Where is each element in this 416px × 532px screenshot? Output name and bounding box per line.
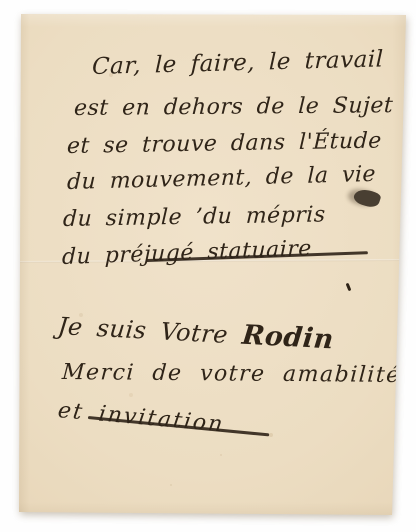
stray-ink-mark (346, 283, 352, 292)
handwriting-line-2: est en dehors de le Sujet (74, 95, 394, 120)
line-4-text: du mouvement, de la vie (67, 162, 377, 195)
handwriting-line-4: du mouvement, de la vie (67, 164, 377, 194)
closing-line: Je suis Votre Rodin (57, 312, 336, 353)
paper-shadow: Car, le faire, le travail est en dehors … (18, 12, 408, 517)
ink-blot (352, 186, 382, 209)
line-2-text: est en dehors de le Sujet (73, 93, 393, 121)
thanks-text: Merci de votre amabilité (61, 360, 401, 388)
struck-word-statuaire: statuaire (207, 236, 312, 265)
line-3-text: et se trouve dans l'Étude (67, 128, 383, 159)
handwriting-line-3: et se trouve dans l'Étude (67, 130, 383, 158)
struck-postscript-line: et invitation (56, 400, 225, 436)
signature-rodin: Rodin (240, 320, 335, 356)
thanks-line: Merci de votre amabilité (61, 362, 401, 387)
letter-paper: Car, le faire, le travail est en dehors … (18, 12, 408, 517)
paper-foxing (18, 12, 20, 14)
postscript-text: et (56, 398, 100, 426)
closing-text: Je suis Votre (56, 312, 243, 350)
line-1-text: Car, le faire, le travail (92, 46, 384, 80)
handwriting-line-5: du simple ’du mépris (63, 204, 326, 231)
line-5-text: du simple ’du mépris (63, 202, 326, 232)
line-6-text: du préjugé (62, 240, 208, 270)
letter-photo: Car, le faire, le travail est en dehors … (0, 0, 416, 532)
handwriting-line-1: Car, le faire, le travail (92, 48, 384, 79)
